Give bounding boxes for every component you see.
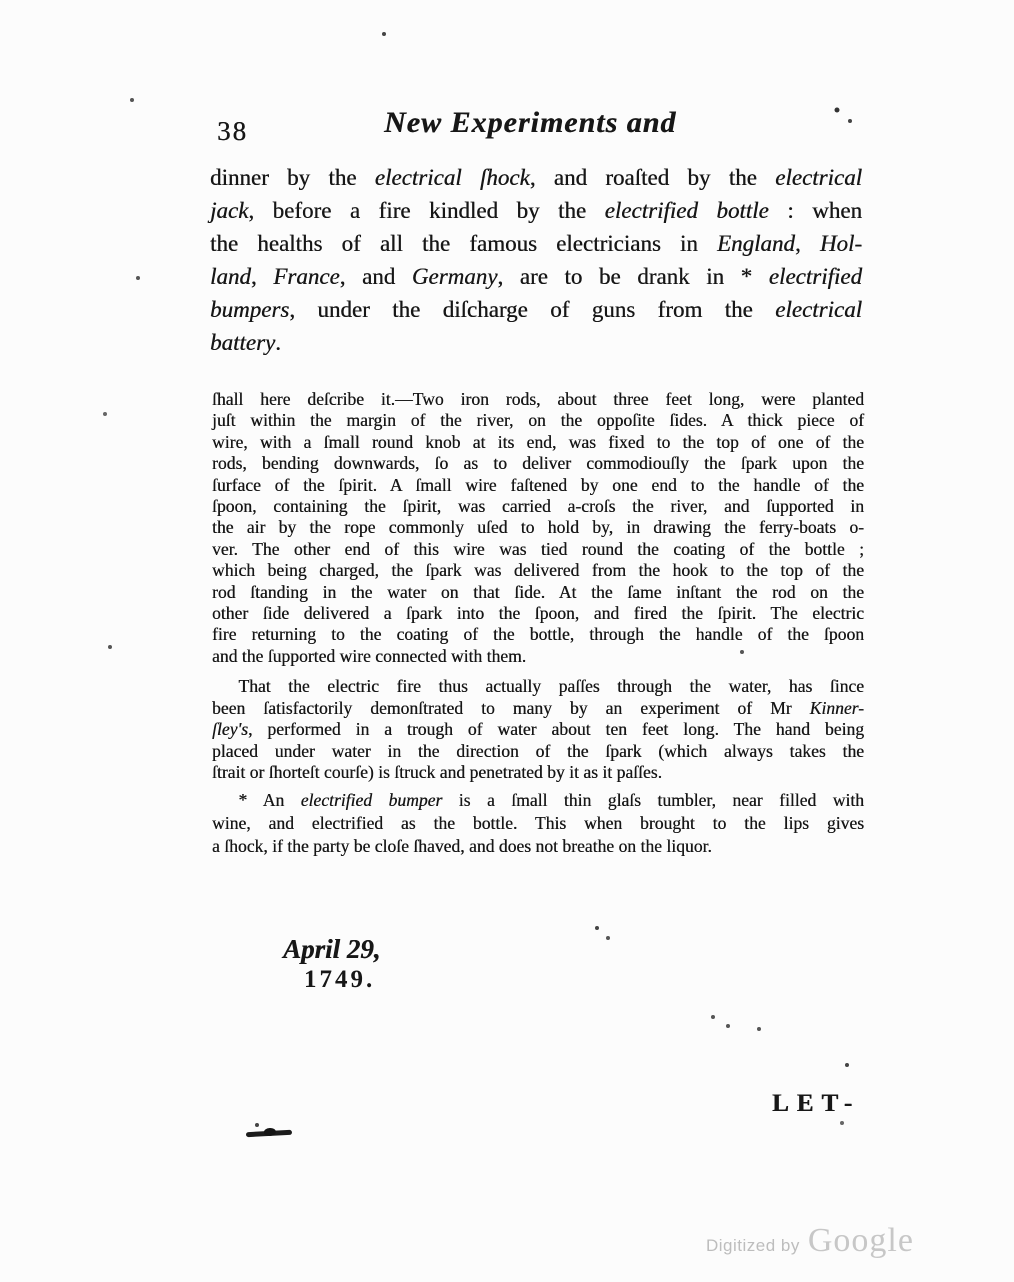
text-line: * An electrified bumper is a ſmall thin … [212,789,864,812]
text-line: which being charged, the ſpark was deliv… [212,560,864,581]
body-paragraph-2: That the electric fire thus actually paſ… [212,676,864,784]
text-line: the healths of all the famous electricia… [210,227,862,260]
body-paragraph-1: ſhall here deſcribe it.—Two iron rods, a… [212,389,864,667]
text-line: That the electric fire thus actually paſ… [212,676,864,698]
text-line: ſhall here deſcribe it.—Two iron rods, a… [212,389,864,410]
page-number: 38 [217,116,248,147]
digitized-by-google-watermark: Digitized by Google [706,1222,914,1260]
text-line: ſtrait or ſhorteſt courſe) is ſtruck and… [212,762,864,784]
intro-paragraph: dinner by the electrical ſhock, and roaſ… [210,161,862,359]
scan-specks [0,0,2,2]
date-line-year: 1749. [304,966,375,994]
book-page-scan: 38 New Experiments and dinner by the ele… [0,0,1014,1282]
text-line: the air by the rope commonly uſed to hol… [212,517,864,538]
text-line: fire returning to the coating of the bot… [212,624,864,645]
footnote-paragraph: * An electrified bumper is a ſmall thin … [212,789,864,858]
text-line: a ſhock, if the party be cloſe ſhaved, a… [212,835,864,858]
text-line: ver. The other end of this wire was tied… [212,539,864,560]
text-line: and the ſupported wire connected with th… [212,646,864,667]
text-line: wine, and electrified as the bottle. Thi… [212,812,864,835]
text-line: jack, before a fire kindled by the elect… [210,194,862,227]
text-line: ſley's, performed in a trough of water a… [212,719,864,741]
text-line: ſpoon, containing the ſpirit, was carrie… [212,496,864,517]
text-line: battery. [210,326,862,359]
text-line: rod ſtanding in the water on that ſide. … [212,582,864,603]
catchword: LET- [772,1090,860,1118]
text-line: rods, bending downwards, ſo as to delive… [212,453,864,474]
text-line: placed under water in the direction of t… [212,741,864,763]
running-title: New Experiments and [384,106,684,140]
ink-smudge [246,1130,292,1137]
text-line: ſurface of the ſpirit. A ſmall wire faſt… [212,475,864,496]
text-line: other ſide delivered a ſpark into the ſp… [212,603,864,624]
text-line: wire, with a ſmall round knob at its end… [212,432,864,453]
watermark-prefix: Digitized by [706,1236,800,1256]
text-line: dinner by the electrical ſhock, and roaſ… [210,161,862,194]
text-line: been ſatisfactorily demonſtrated to many… [212,698,864,720]
text-line: bumpers, under the diſcharge of guns fro… [210,293,862,326]
text-line: juſt within the margin of the river, on … [212,410,864,431]
text-line: land, France, and Germany, are to be dra… [210,260,862,293]
google-logo: Google [808,1222,914,1260]
date-line-month: April 29, [283,934,381,965]
